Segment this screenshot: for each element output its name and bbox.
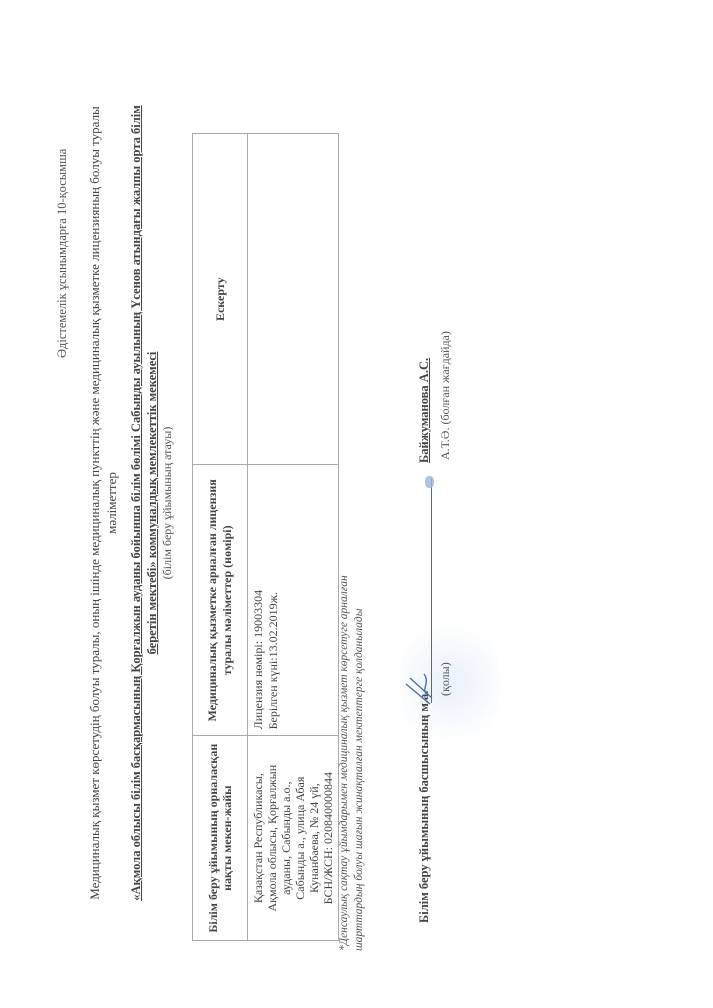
organization-caption: (білім беру ұйымының атауы): [160, 68, 175, 938]
document-page: Әдістемелік ұсынымдарға 10-қосымша Медиц…: [0, 0, 713, 1008]
cell-license: Лицензия нөмірі: 19003304 Берілген күні:…: [248, 465, 339, 736]
organization-name: «Ақмола облысы білім басқармасының Қорға…: [128, 68, 160, 938]
title-line-1: Медициналық қызмет көрсетудің болуы тура…: [86, 68, 103, 938]
signature-label: Білім беру ұйымының басшысының м.а.: [417, 691, 432, 923]
header-license: Медициналық қызметке арналған лицензия т…: [193, 465, 248, 736]
signer-name-caption: А.Т.Ә. (болған жағдайда): [438, 331, 453, 460]
footnote: *Денсаулық сақтау ұйымдарымен медициналы…: [337, 575, 367, 951]
title-line-2: мәліметтер: [103, 68, 120, 938]
header-note: Ескерту: [193, 134, 248, 465]
signer-name: Байжуманова А.С.: [417, 358, 432, 463]
table-row: Қазақстан Республикасы, Ақмола облысы, Қ…: [248, 134, 339, 941]
cell-note: [248, 134, 339, 465]
header-address: Білім беру ұйымының орналасқан нақты мек…: [193, 736, 248, 941]
org-name-line-1: «Ақмола облысы білім басқармасының Қорға…: [129, 105, 143, 900]
signature-icon: [400, 668, 440, 708]
document-title: Медициналық қызмет көрсетудің болуы тура…: [86, 68, 120, 938]
license-table: Білім беру ұйымының орналасқан нақты мек…: [192, 133, 339, 941]
org-name-line-2: беретін мектебі» коммуналдық мемлекеттік…: [145, 352, 159, 655]
appendix-label: Әдістемелік ұсынымдарға 10-қосымша: [55, 149, 70, 358]
table-header-row: Білім беру ұйымының орналасқан нақты мек…: [193, 134, 248, 941]
cell-address: Қазақстан Республикасы, Ақмола облысы, Қ…: [248, 736, 339, 941]
ink-mark: [425, 476, 434, 488]
signature-caption: (қолы): [438, 662, 453, 696]
